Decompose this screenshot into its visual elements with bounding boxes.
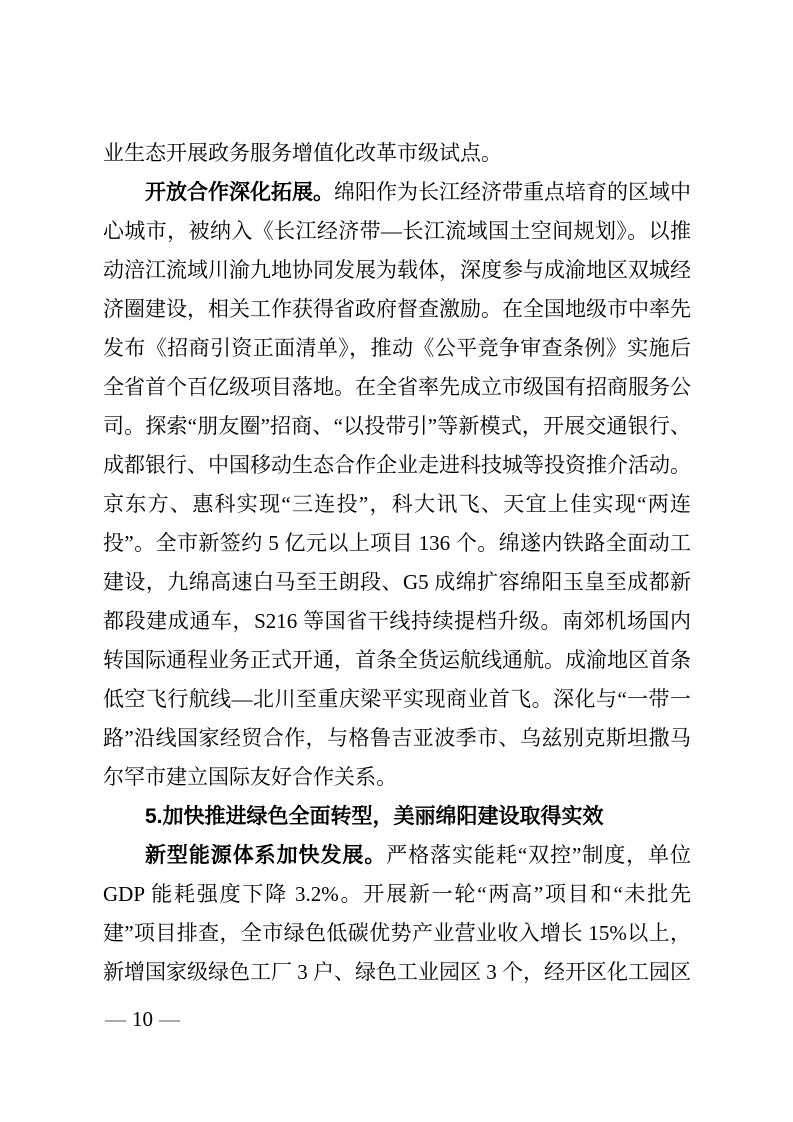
- page-footer: —10—: [105, 1000, 180, 1039]
- paragraph-text: 业生态开展政务服务增值化改革市级试点。: [103, 141, 502, 165]
- document-page: 业生态开展政务服务增值化改革市级试点。 开放合作深化拓展。绵阳作为长江经济带重点…: [0, 0, 793, 1122]
- paragraph-new-energy: 新型能源体系加快发展。严格落实能耗“双控”制度，单位GDP 能耗强度下降 3.2…: [103, 836, 691, 992]
- footer-dash-right: —: [159, 1007, 180, 1031]
- footer-dash-left: —: [105, 1007, 126, 1031]
- paragraph-open-cooperation: 开放合作深化拓展。绵阳作为长江经济带重点培育的区域中心城市，被纳入《长江经济带—…: [103, 173, 691, 797]
- paragraph-text: 绵阳作为长江经济带重点培育的区域中心城市，被纳入《长江经济带—长江流域国土空间规…: [103, 180, 691, 789]
- section-heading-5: 5.加快推进绿色全面转型，美丽绵阳建设取得实效: [103, 797, 691, 836]
- paragraph-lead: 开放合作深化拓展。: [145, 181, 334, 204]
- paragraph-lead: 新型能源体系加快发展。: [145, 844, 386, 867]
- section-heading-text: 5.加快推进绿色全面转型，美丽绵阳建设取得实效: [145, 805, 604, 828]
- page-number: 10: [126, 1007, 159, 1031]
- document-body: 业生态开展政务服务增值化改革市级试点。 开放合作深化拓展。绵阳作为长江经济带重点…: [103, 134, 691, 992]
- paragraph-continuation: 业生态开展政务服务增值化改革市级试点。: [103, 134, 691, 173]
